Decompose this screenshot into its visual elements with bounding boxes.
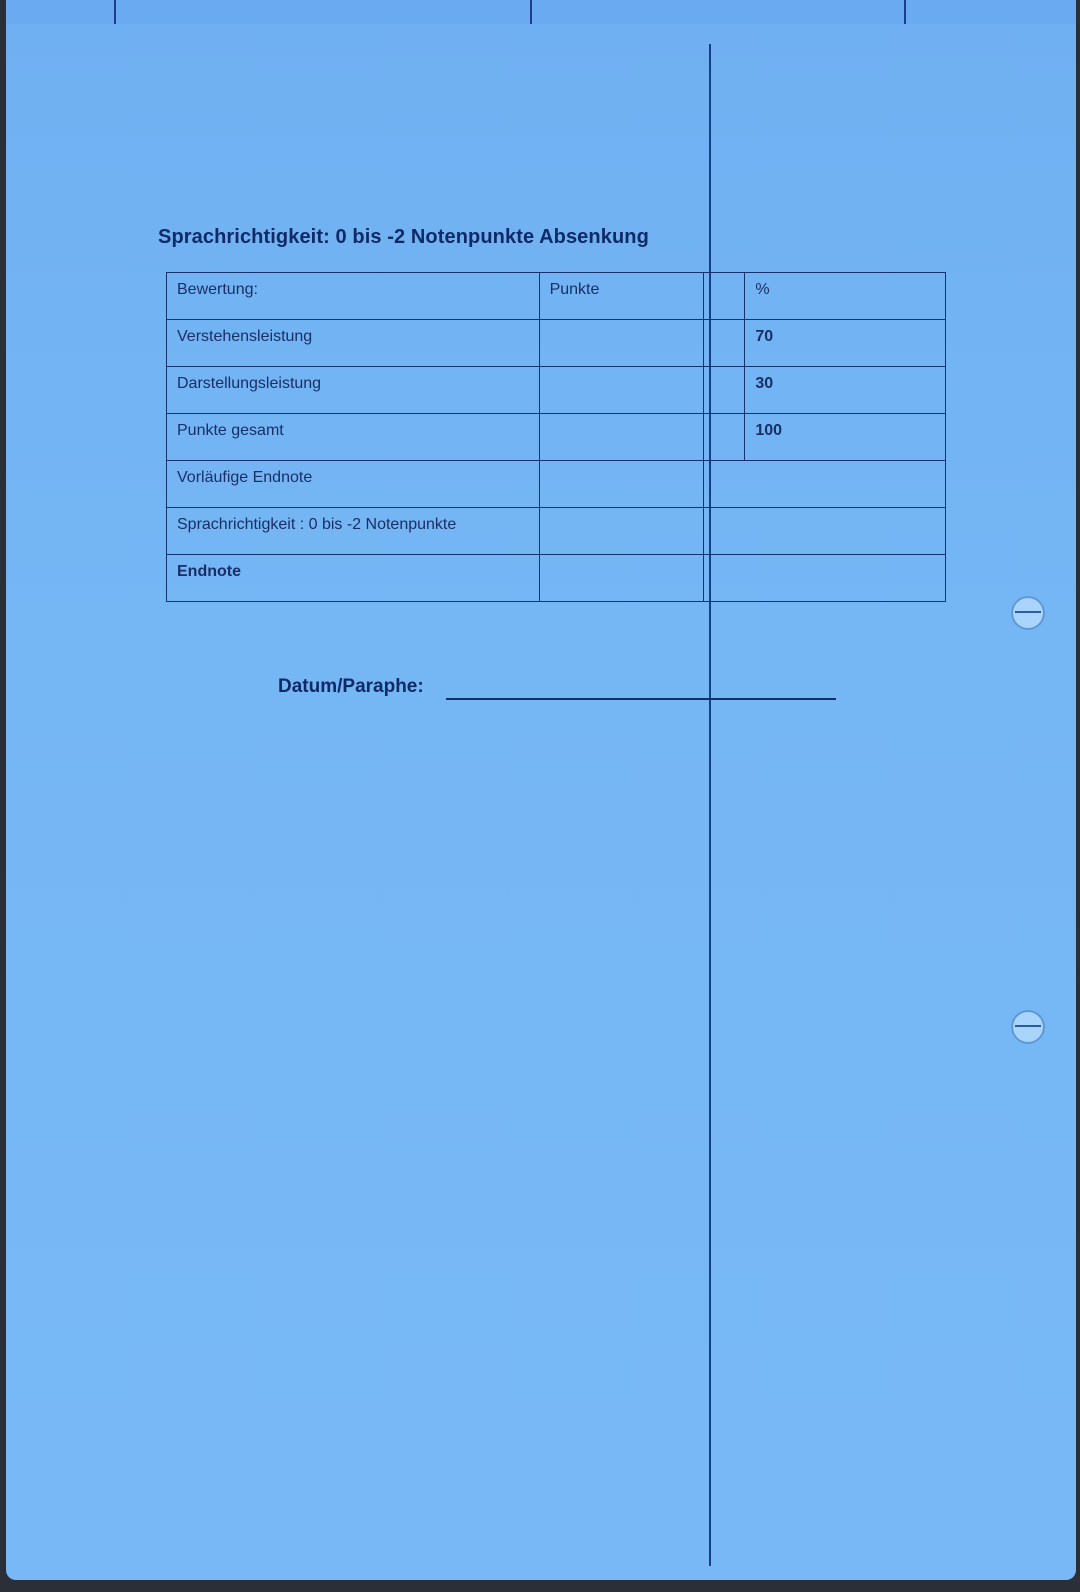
percent-cell: 100 <box>745 414 946 461</box>
percent-cell: 30 <box>745 367 946 414</box>
table-header-row: Bewertung: Punkte % <box>167 273 946 320</box>
header-punkte: Punkte <box>539 273 704 320</box>
edge-mark <box>114 0 116 24</box>
punch-hole-icon <box>1011 596 1045 630</box>
header-bewertung: Bewertung: <box>167 273 540 320</box>
row-label: Vorläufige Endnote <box>167 461 540 508</box>
row-label: Verstehensleistung <box>167 320 540 367</box>
percent-cell <box>704 555 946 602</box>
percent-cell: 70 <box>745 320 946 367</box>
row-label: Sprachrichtigkeit : 0 bis -2 Notenpunkte <box>167 508 540 555</box>
punkte-cell[interactable] <box>539 367 704 414</box>
table-row: Punkte gesamt 100 <box>167 414 946 461</box>
row-label: Punkte gesamt <box>167 414 540 461</box>
signature-line[interactable] <box>446 698 836 700</box>
edge-mark <box>904 0 906 24</box>
row-label: Darstellungsleistung <box>167 367 540 414</box>
table-row: Endnote <box>167 555 946 602</box>
punkte-cell[interactable] <box>539 414 704 461</box>
row-label: Endnote <box>167 555 540 602</box>
signature-label: Datum/Paraphe: <box>278 676 424 698</box>
punkte-cell[interactable] <box>539 555 704 602</box>
percent-cell <box>704 508 946 555</box>
spacer-cell <box>704 414 745 461</box>
paper-sheet: Sprachrichtigkeit: 0 bis -2 Notenpunkte … <box>6 0 1076 1580</box>
punkte-cell[interactable] <box>539 508 704 555</box>
table-row: Sprachrichtigkeit : 0 bis -2 Notenpunkte <box>167 508 946 555</box>
spacer-cell <box>704 273 745 320</box>
punch-hole-icon <box>1011 1010 1045 1044</box>
spacer-cell <box>704 367 745 414</box>
grading-table: Bewertung: Punkte % Verstehensleistung 7… <box>166 272 946 602</box>
section-heading: Sprachrichtigkeit: 0 bis -2 Notenpunkte … <box>158 226 649 249</box>
folder-edge <box>6 0 1076 24</box>
percent-cell <box>704 461 946 508</box>
table-row: Verstehensleistung 70 <box>167 320 946 367</box>
spacer-cell <box>704 320 745 367</box>
header-percent: % <box>745 273 946 320</box>
table-row: Darstellungsleistung 30 <box>167 367 946 414</box>
punkte-cell[interactable] <box>539 461 704 508</box>
punkte-cell[interactable] <box>539 320 704 367</box>
edge-mark <box>530 0 532 24</box>
table-row: Vorläufige Endnote <box>167 461 946 508</box>
